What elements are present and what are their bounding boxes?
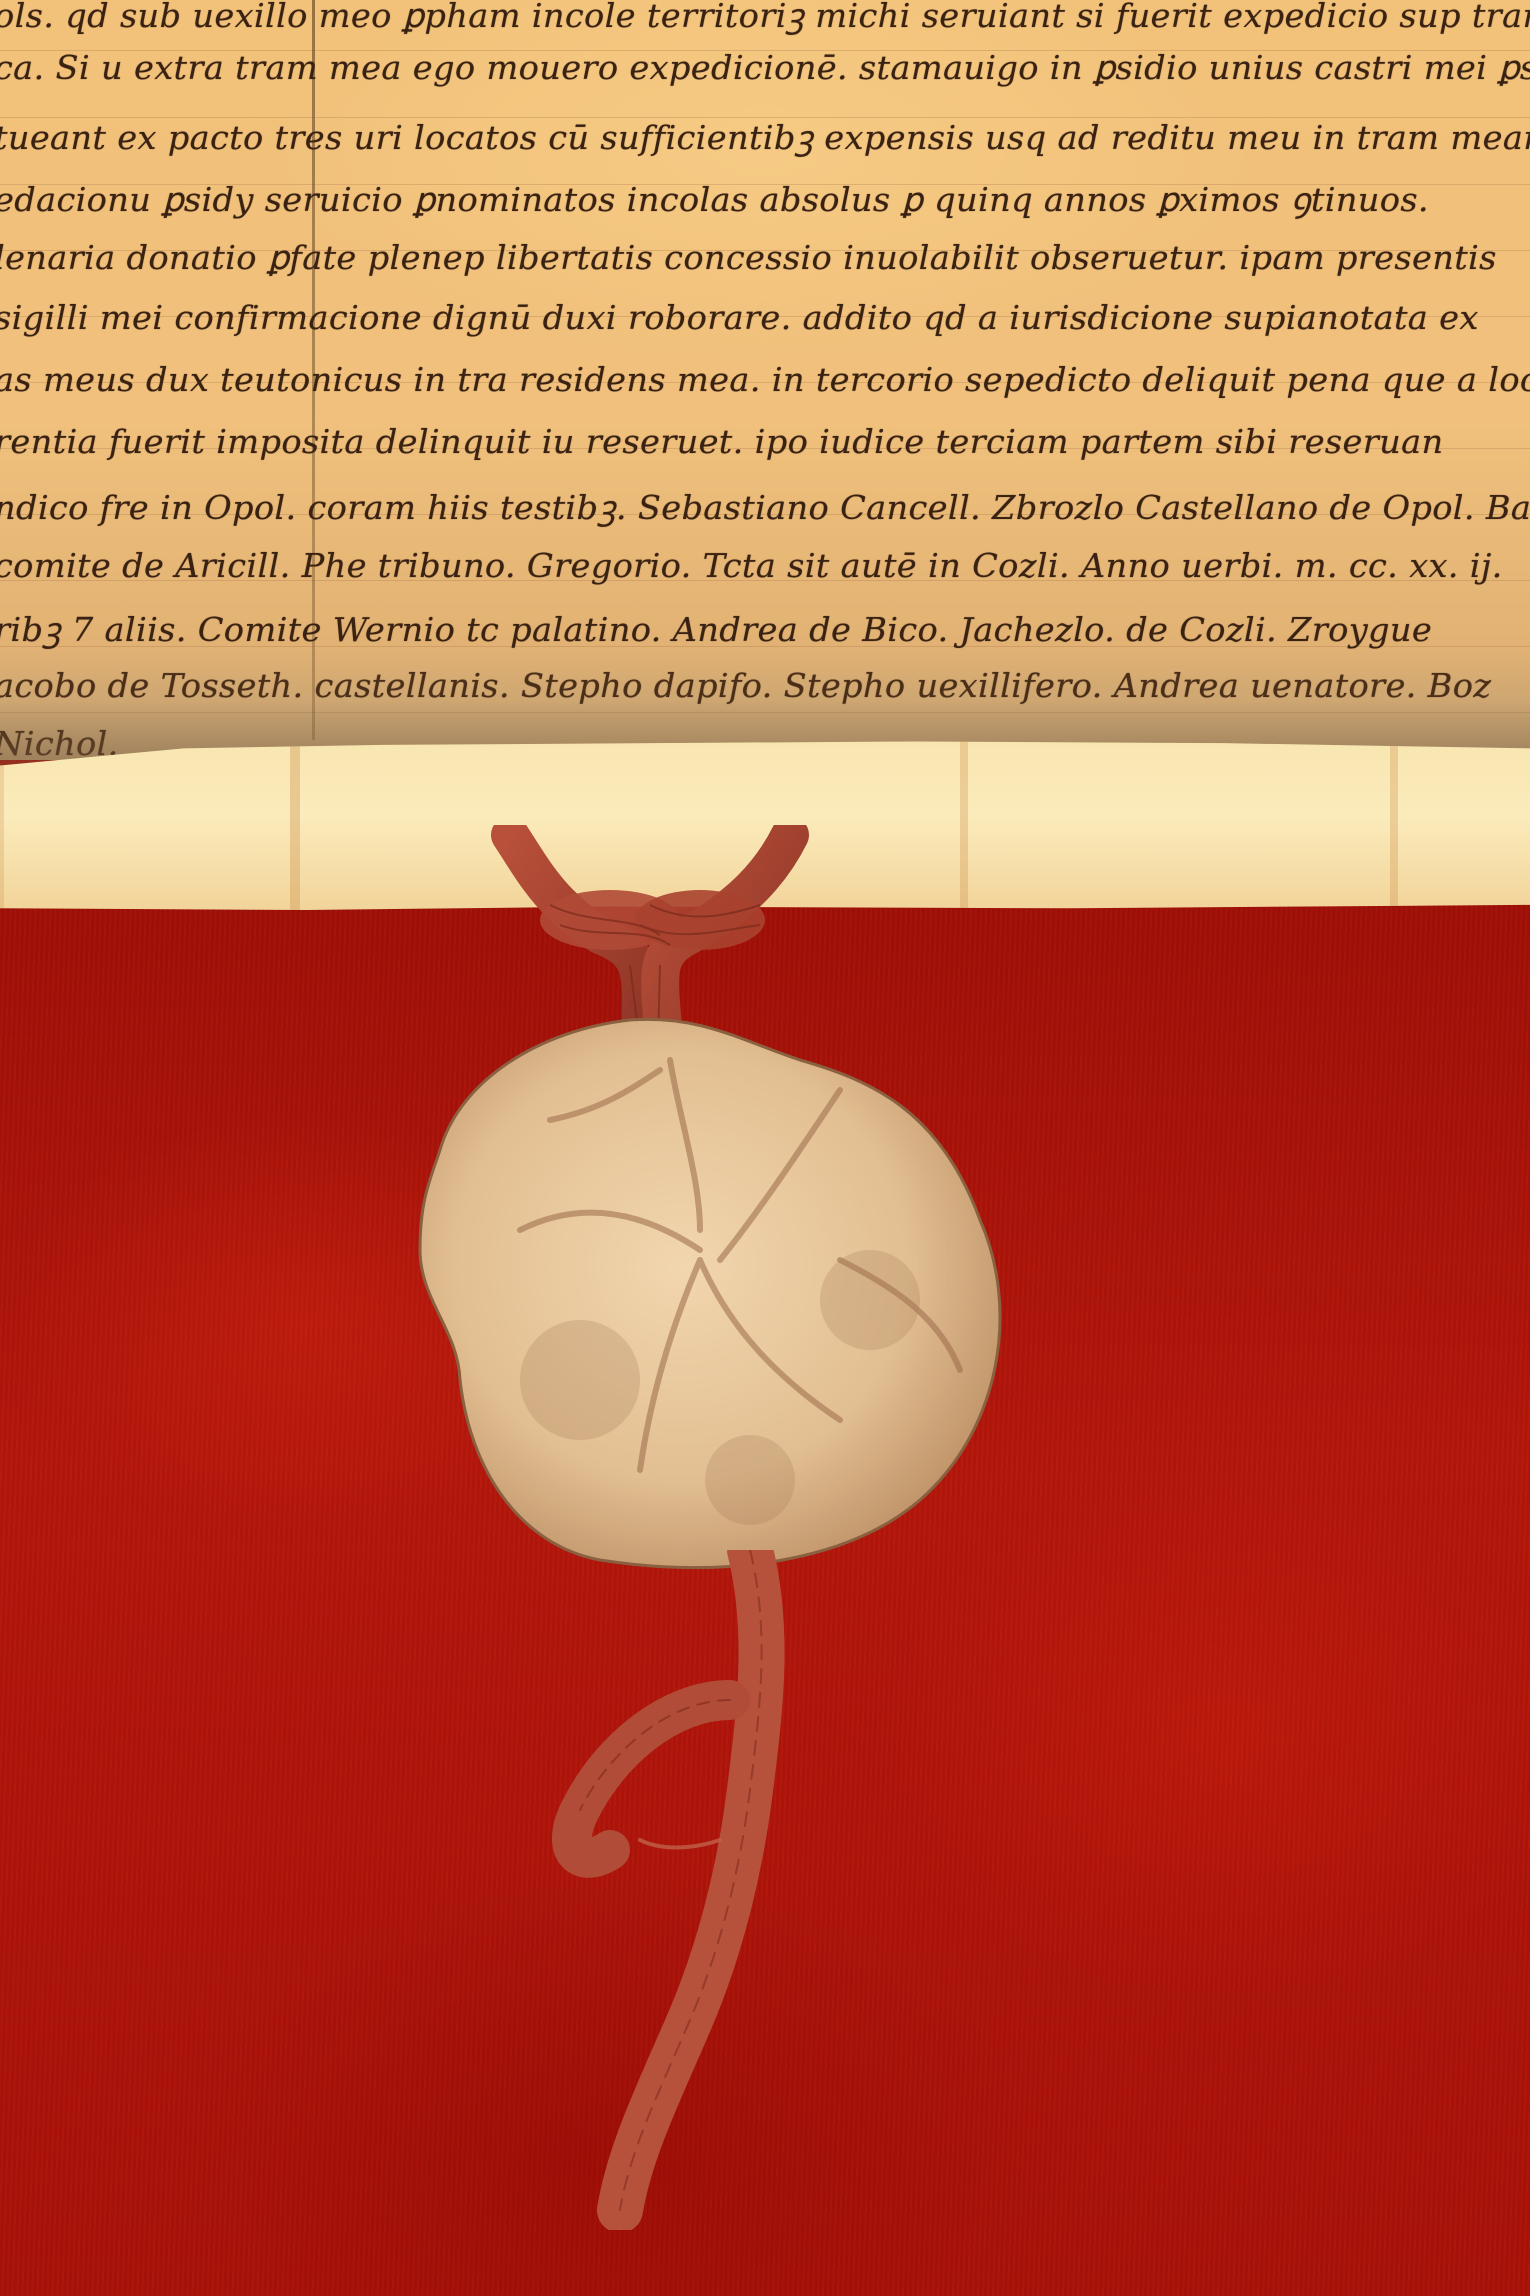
charter-line: comite de Aricill. Phe tribuno. Gregorio… — [0, 546, 1503, 585]
charter-line: ca. Si u extra tram mea ego mouero exped… — [0, 48, 1530, 87]
charter-line: sigilli mei confirmacione dignū duxi rob… — [0, 298, 1479, 337]
charter-line: tueant ex pacto tres uri locatos cū suff… — [0, 114, 1530, 159]
charter-parchment: ols. qd sub uexillo meo ꝑpham incole ter… — [0, 0, 1530, 760]
charter-text: ols. qd sub uexillo meo ꝑpham incole ter… — [0, 0, 1530, 740]
charter-line: ribꝫ 7 aliis. Comite Wernio tc palatino.… — [0, 606, 1432, 651]
wax-seal — [400, 1000, 1040, 1600]
photograph: ols. qd sub uexillo meo ꝑpham incole ter… — [0, 0, 1530, 2296]
charter-line: ndico fre in Opol. coram hiis testibꝫ. S… — [0, 484, 1530, 529]
charter-line: as meus dux teutonicus in tra residens m… — [0, 360, 1530, 399]
charter-line: lenaria donatio ꝑfate plenep libertatis … — [0, 238, 1497, 277]
charter-line: rentia fuerit imposita delinquit iu rese… — [0, 422, 1443, 461]
charter-line: ols. qd sub uexillo meo ꝑpham incole ter… — [0, 0, 1530, 37]
charter-line: edacionu ꝑsidy seruicio ꝑnominatos incol… — [0, 176, 1429, 221]
silk-cord-lower — [520, 1550, 880, 2230]
